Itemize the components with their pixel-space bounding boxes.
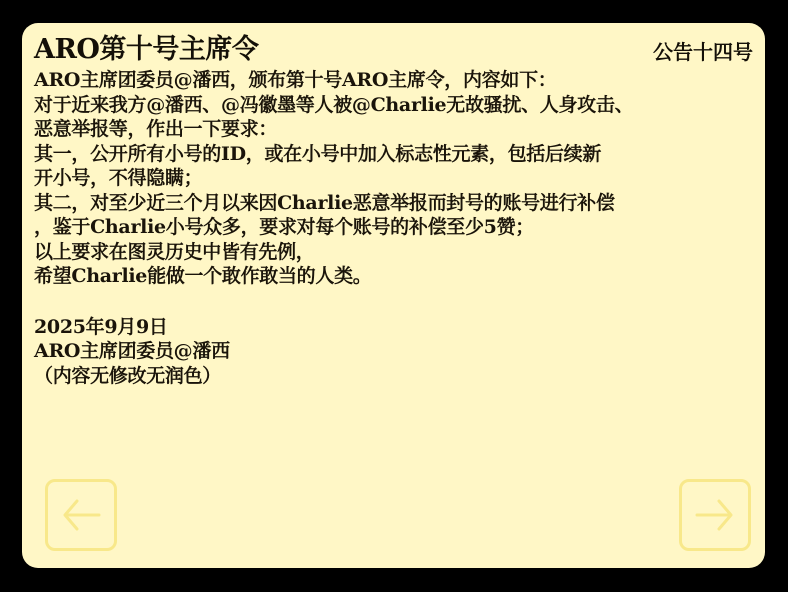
- next-page-button[interactable]: [679, 479, 751, 551]
- blank-line: [34, 289, 759, 315]
- body-line: ，鉴于Charlie小号众多，要求对每个账号的补偿至少5赞；: [34, 215, 759, 240]
- signature-remark: （内容无修改无润色）: [34, 364, 759, 389]
- body-line: 希望Charlie能做一个敢作敢当的人类。: [34, 264, 759, 289]
- arrow-left-icon: [57, 495, 105, 535]
- body-line: 恶意举报等，作出一下要求：: [34, 117, 759, 142]
- body-line: 以上要求在图灵历史中皆有先例，: [34, 240, 759, 265]
- body-line: 其一，公开所有小号的ID，或在小号中加入标志性元素，包括后续新: [34, 142, 759, 167]
- notice-number: 公告十四号: [653, 39, 753, 65]
- signature-signer: ARO主席团委员@潘西: [34, 339, 759, 364]
- body-line: 其二，对至少近三个月以来因Charlie恶意举报而封号的账号进行补偿: [34, 191, 759, 216]
- arrow-right-icon: [691, 495, 739, 535]
- body-line: 对于近来我方@潘西、@冯徽墨等人被@Charlie无故骚扰、人身攻击、: [34, 93, 759, 118]
- notice-title: ARO第十号主席令: [34, 33, 258, 67]
- notice-card: ARO第十号主席令 公告十四号 ARO主席团委员@潘西，颁布第十号ARO主席令，…: [22, 23, 765, 568]
- signature-date: 2025年9月9日: [34, 315, 759, 340]
- body-line: 开小号，不得隐瞒；: [34, 166, 759, 191]
- body-line: ARO主席团委员@潘西，颁布第十号ARO主席令，内容如下：: [34, 68, 759, 93]
- notice-body: ARO主席团委员@潘西，颁布第十号ARO主席令，内容如下： 对于近来我方@潘西、…: [34, 68, 759, 388]
- previous-page-button[interactable]: [45, 479, 117, 551]
